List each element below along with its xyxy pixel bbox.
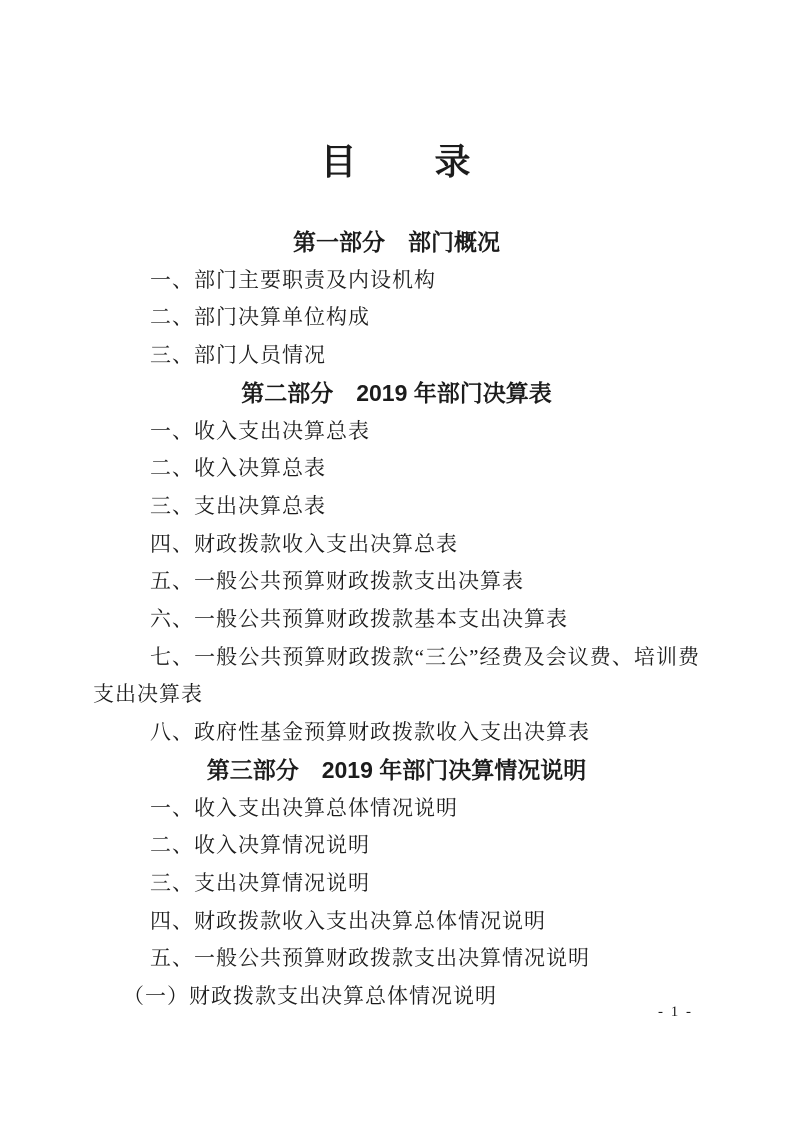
- toc-item: 四、财政拨款收入支出决算总表: [93, 526, 700, 564]
- toc-item: 三、支出决算总表: [93, 488, 700, 526]
- part-3-heading: 第三部分 2019 年部门决算情况说明: [93, 752, 700, 790]
- toc-content: 目 录 第一部分 部门概况 一、部门主要职责及内设机构 二、部门决算单位构成 三…: [93, 0, 700, 1016]
- document-page: 目 录 第一部分 部门概况 一、部门主要职责及内设机构 二、部门决算单位构成 三…: [0, 0, 793, 1122]
- toc-item: 四、财政拨款收入支出决算总体情况说明: [93, 903, 700, 941]
- toc-item: 五、一般公共预算财政拨款支出决算表: [93, 563, 700, 601]
- toc-item: 一、收入支出决算总体情况说明: [93, 790, 700, 828]
- toc-item: 一、收入支出决算总表: [93, 413, 700, 451]
- toc-item: 七、一般公共预算财政拨款“三公”经费及会议费、培训费支出决算表: [93, 639, 700, 714]
- toc-item: 二、部门决算单位构成: [93, 299, 700, 337]
- part-2-heading: 第二部分 2019 年部门决算表: [93, 375, 700, 413]
- toc-item: 八、政府性基金预算财政拨款收入支出决算表: [93, 714, 700, 752]
- toc-item: 三、部门人员情况: [93, 337, 700, 375]
- toc-item: （一）财政拨款支出决算总体情况说明: [93, 978, 700, 1016]
- toc-item: 一、部门主要职责及内设机构: [93, 262, 700, 300]
- page-number: - 1 -: [658, 1003, 693, 1021]
- toc-item: 六、一般公共预算财政拨款基本支出决算表: [93, 601, 700, 639]
- toc-item: 三、支出决算情况说明: [93, 865, 700, 903]
- toc-item: 五、一般公共预算财政拨款支出决算情况说明: [93, 940, 700, 978]
- part-1-heading: 第一部分 部门概况: [93, 224, 700, 262]
- toc-item: 二、收入决算总表: [93, 450, 700, 488]
- doc-title: 目 录: [93, 140, 700, 184]
- toc-item: 二、收入决算情况说明: [93, 827, 700, 865]
